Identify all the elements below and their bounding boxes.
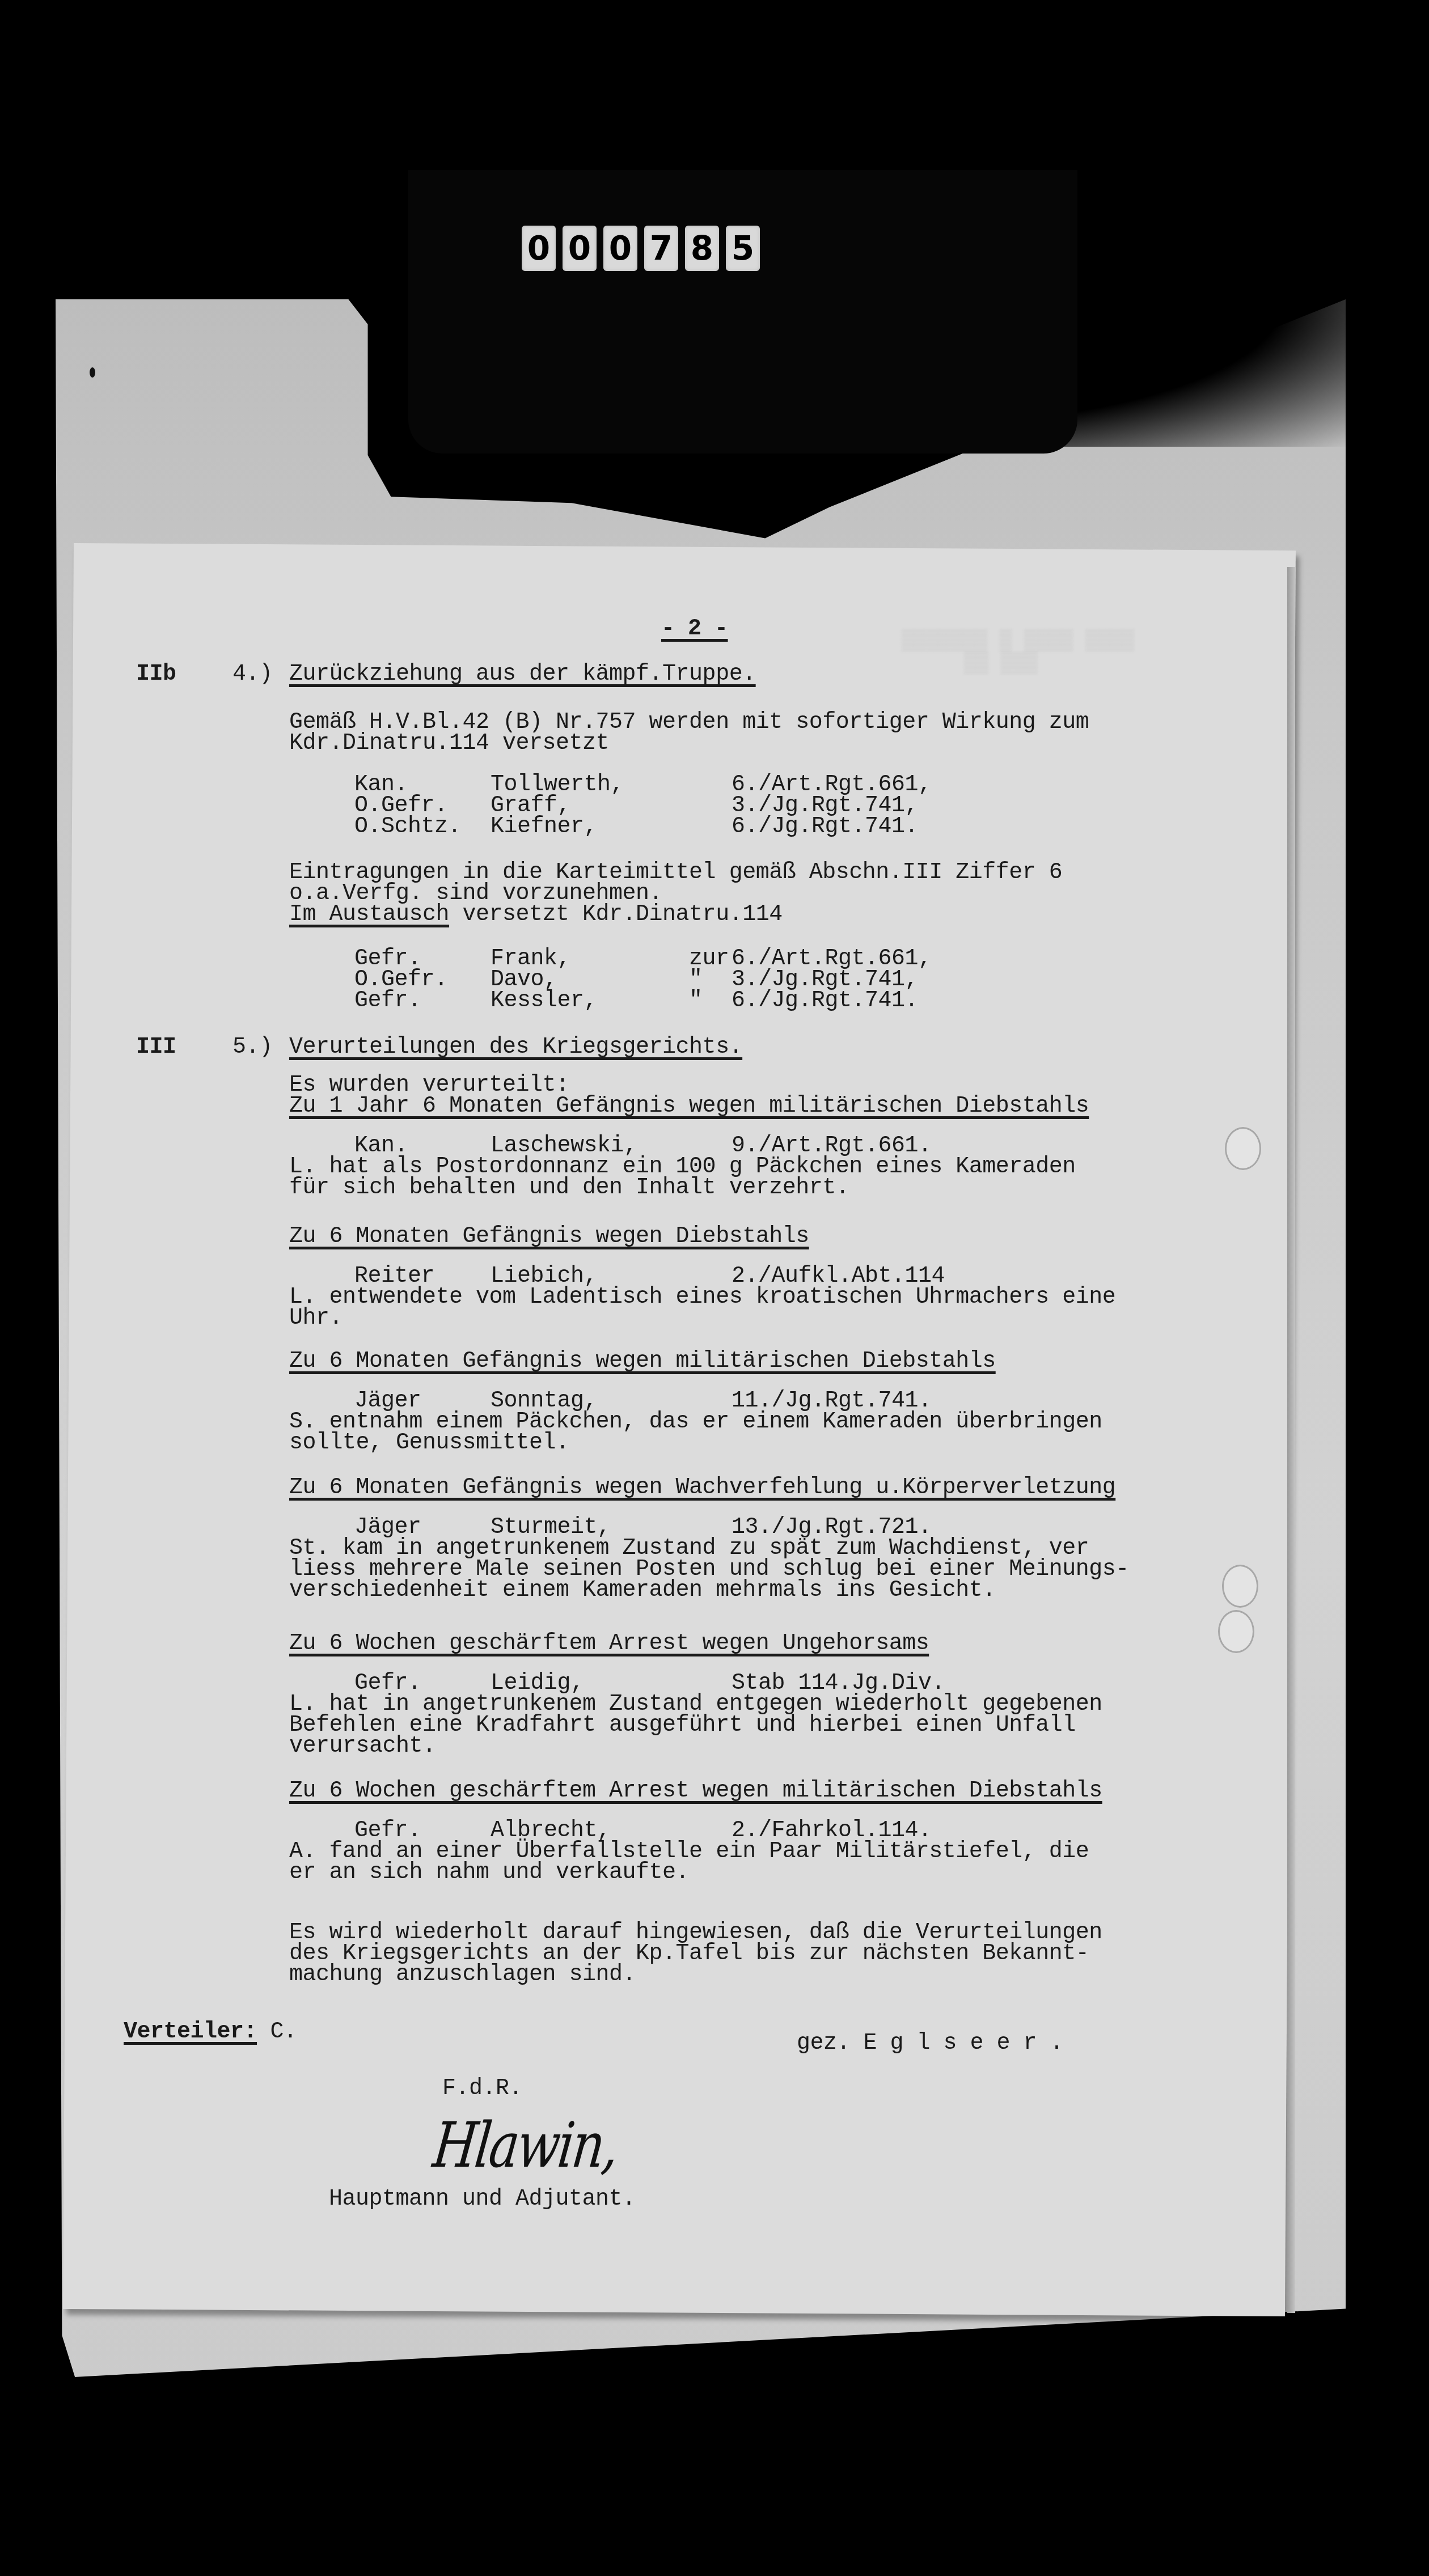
person-name: Kiefner, — [491, 816, 597, 838]
verdict-heading: Zu 1 Jahr 6 Monaten Gefängnis wegen mili… — [289, 1095, 1089, 1118]
section-heading: Zurückziehung aus der kämpf.Truppe. — [289, 663, 756, 686]
person-unit: 6./Jg.Rgt.741. — [732, 816, 918, 838]
person-rank: Gefr. — [354, 990, 421, 1012]
verdict-heading: Zu 6 Wochen geschärftem Arrest wegen mil… — [289, 1780, 1102, 1803]
verdict-heading: Zu 6 Monaten Gefängnis wegen militärisch… — [289, 1350, 996, 1373]
exchange-label: Im Austausch — [289, 902, 449, 927]
verdict-description: verschiedenheit einem Kameraden mehrmals… — [289, 1579, 996, 1602]
typed-letter: - 2 - IIb4.)Zurückziehung aus der kämpf.… — [0, 0, 1429, 2576]
verdict-heading: Zu 6 Monaten Gefängnis wegen Diebstahls — [289, 1226, 809, 1248]
signed-by: gez. E g l s e e r . — [797, 2032, 1063, 2055]
certification-mark: F.d.R. — [442, 2078, 522, 2100]
exchange-line: Im Austausch versetzt Kdr.Dinatru.114 — [289, 904, 783, 926]
verdict-heading: Zu 6 Monaten Gefängnis wegen Wachverfehl… — [289, 1477, 1115, 1499]
verdict-description: Uhr. — [289, 1307, 343, 1330]
distribution-label: Verteiler: — [124, 2019, 257, 2045]
transfer-prefix: " — [689, 990, 703, 1012]
verdict-heading: Zu 6 Wochen geschärftem Arrest wegen Ung… — [289, 1633, 929, 1655]
handwritten-signature: Hlawin, — [430, 2109, 621, 2181]
verdict-description: L. entwendete vom Ladentisch eines kroat… — [289, 1286, 1115, 1309]
verdict-description: verursacht. — [289, 1735, 436, 1758]
distribution-value: C. — [257, 2019, 297, 2045]
person-name: Kessler, — [491, 990, 597, 1012]
section-margin-label: III — [136, 1036, 176, 1059]
verdict-description: er an sich nahm und verkaufte. — [289, 1862, 689, 1884]
paragraph-line: Kdr.Dinatru.114 versetzt — [289, 732, 609, 755]
section-margin-label: IIb — [136, 663, 176, 686]
signer-title: Hauptmann und Adjutant. — [329, 2188, 636, 2211]
page-marker: - 2 - — [661, 616, 728, 642]
section-number: 5.) — [232, 1036, 273, 1059]
person-unit: 6./Jg.Rgt.741. — [732, 990, 918, 1012]
closing-note: machung anzuschlagen sind. — [289, 1964, 636, 1986]
verdict-description: sollte, Genussmittel. — [289, 1432, 569, 1455]
section-number: 4.) — [232, 663, 273, 686]
distribution-line: Verteiler: C. — [124, 2021, 297, 2044]
section-heading: Verurteilungen des Kriegsgerichts. — [289, 1036, 742, 1059]
exchange-text: versetzt Kdr.Dinatru.114 — [449, 902, 783, 927]
verdict-description: für sich behalten und den Inhalt verzehr… — [289, 1177, 849, 1200]
person-rank: O.Schtz. — [354, 816, 461, 838]
